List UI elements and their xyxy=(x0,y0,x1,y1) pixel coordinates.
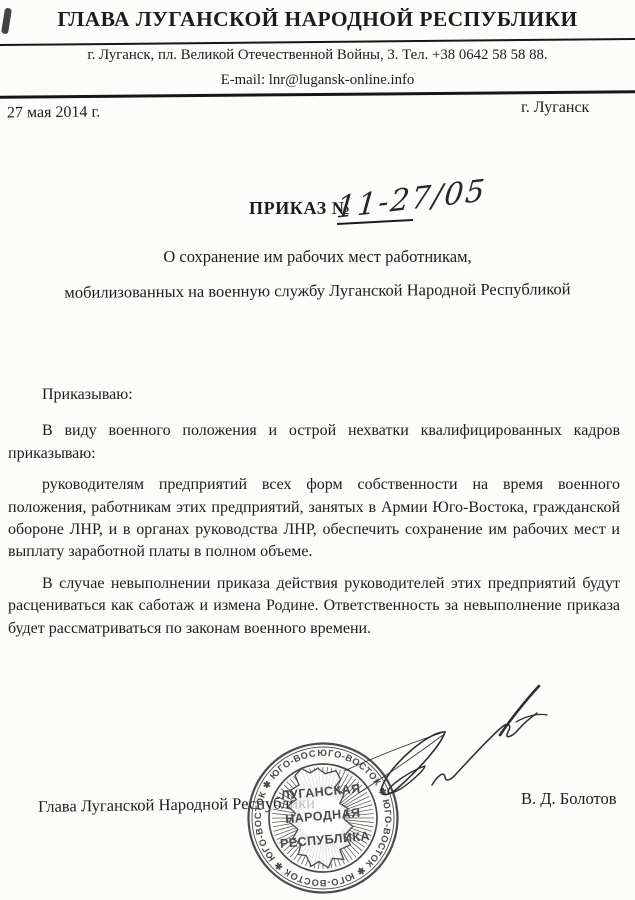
order-number-handwritten: 11-27/05 xyxy=(335,173,488,226)
body-lead-line: Приказываю: xyxy=(8,384,620,406)
signature-flourish xyxy=(432,713,537,785)
handwritten-signature xyxy=(330,675,560,810)
body-paragraph-2: руководителям предприятий всех форм собс… xyxy=(8,474,620,564)
letterhead-email: E-mail: lnr@lugansk-online.info xyxy=(0,72,635,89)
letterhead-divider-bottom xyxy=(0,90,635,98)
signature-big-loop xyxy=(381,732,445,795)
letterhead-org-title: ГЛАВА ЛУГАНСКОЙ НАРОДНОЙ РЕСПУБЛИКИ xyxy=(0,7,635,32)
signature-tail xyxy=(516,714,547,722)
letterhead-address: г. Луганск, пл. Великой Отечественной Во… xyxy=(0,47,635,64)
body-paragraph-3: В случае невыполнении приказа действия р… xyxy=(8,573,620,640)
scanned-document-page: ГЛАВА ЛУГАНСКОЙ НАРОДНОЙ РЕСПУБЛИКИ г. Л… xyxy=(0,0,635,900)
order-subject-line-1: О сохранение им рабочих мест работникам, xyxy=(0,247,635,267)
order-subject-line-2: мобилизованных на военную службу Луганск… xyxy=(0,279,635,303)
body-paragraph-1: В виду военного положения и острой нехва… xyxy=(8,420,620,465)
signature-strokes xyxy=(330,675,560,810)
document-date: 27 мая 2014 г. xyxy=(7,104,100,123)
letterhead-divider-top xyxy=(0,38,635,46)
order-body: Приказываю: В виду военного положения и … xyxy=(8,384,620,640)
document-city: г. Луганск xyxy=(521,99,589,117)
